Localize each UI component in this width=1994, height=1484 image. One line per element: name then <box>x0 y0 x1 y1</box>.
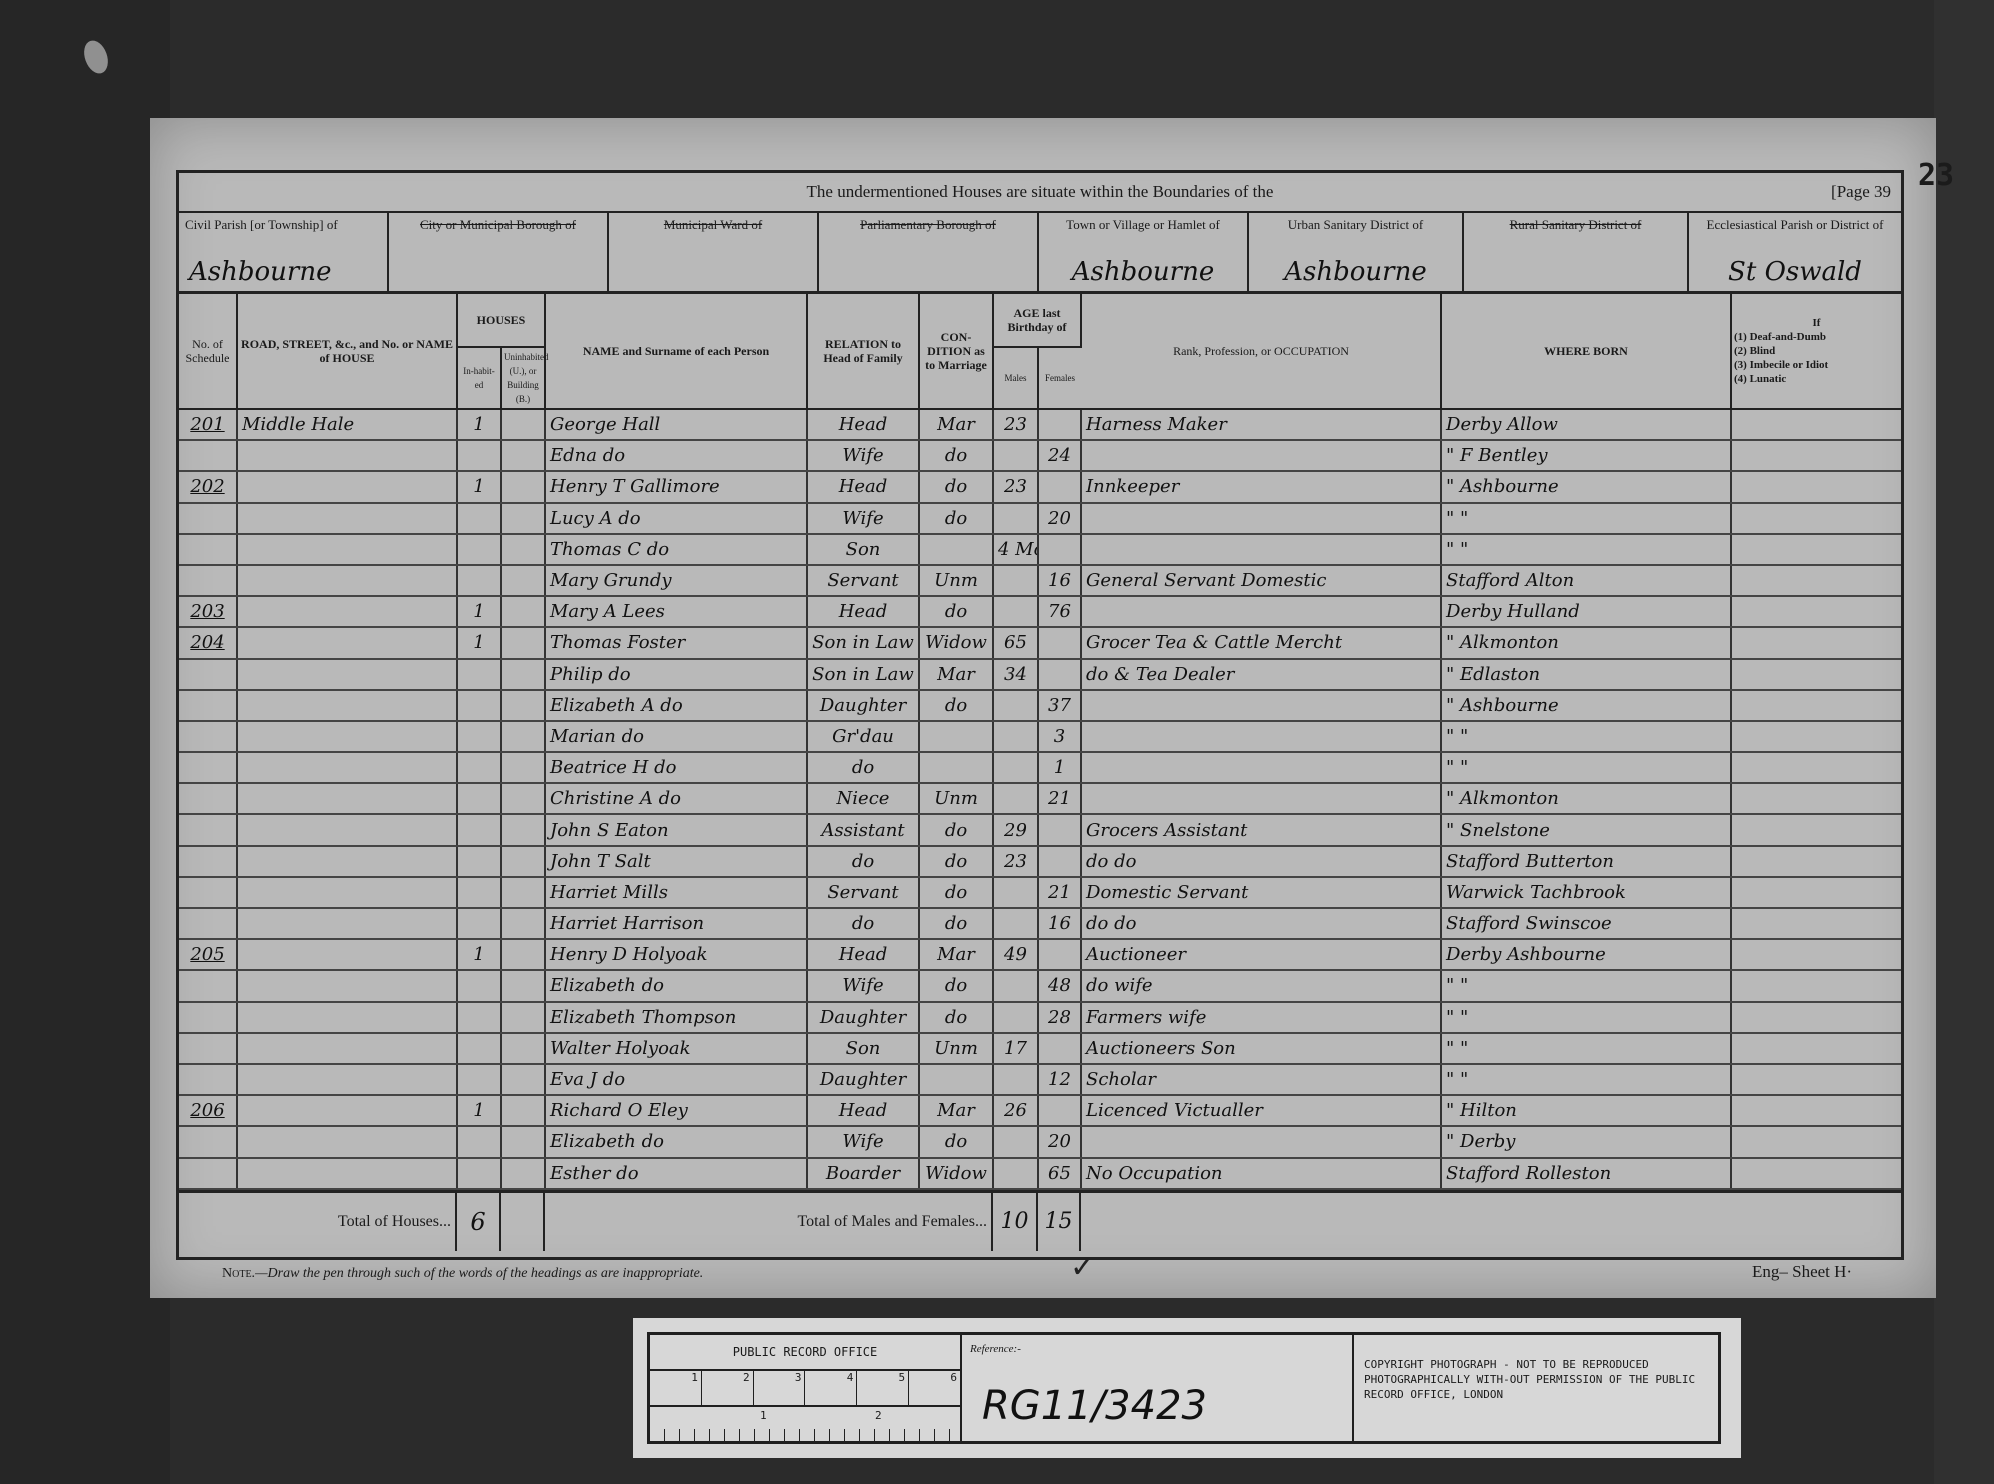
census-row: Beatrice H dodo1" " <box>179 752 1901 783</box>
census-row: Marian doGr'dau3" " <box>179 721 1901 752</box>
inch-ruler: 1 2 <box>650 1407 960 1443</box>
census-row: Elizabeth doWifedo48do wife" " <box>179 970 1901 1001</box>
occupation-cell <box>1081 596 1441 627</box>
name-cell: Esther do <box>545 1158 807 1189</box>
condition-cell: Mar <box>919 1095 993 1126</box>
relation-cell: Head <box>807 409 919 440</box>
inhabited-cell <box>457 1064 501 1095</box>
sched-cell: 205 <box>179 939 237 970</box>
col-occupation: Rank, Profession, or OCCUPATION <box>1081 294 1441 409</box>
relation-cell: do <box>807 908 919 939</box>
sched-cell <box>179 846 237 877</box>
col-age: AGE last Birthday of <box>993 294 1081 347</box>
page-tag: [Page 39 <box>1831 173 1891 211</box>
inhabited-cell <box>457 440 501 471</box>
male-age-cell: 4 Mos <box>993 534 1038 565</box>
relation-cell: Servant <box>807 565 919 596</box>
female-age-cell <box>1038 846 1081 877</box>
male-age-cell <box>993 565 1038 596</box>
infirmity-cell <box>1731 1126 1901 1157</box>
condition-cell: Unm <box>919 1033 993 1064</box>
infirmity-cell <box>1731 721 1901 752</box>
infirmity-cell <box>1731 627 1901 658</box>
road-cell <box>237 783 457 814</box>
female-age-cell: 48 <box>1038 970 1081 1001</box>
female-age-cell <box>1038 939 1081 970</box>
sched-cell: 201 <box>179 409 237 440</box>
female-age-cell <box>1038 409 1081 440</box>
name-cell: John T Salt <box>545 846 807 877</box>
road-cell <box>237 1002 457 1033</box>
female-age-cell: 24 <box>1038 440 1081 471</box>
name-cell: George Hall <box>545 409 807 440</box>
name-cell: Mary Grundy <box>545 565 807 596</box>
col-name: NAME and Surname of each Person <box>545 294 807 409</box>
condition-cell: do <box>919 970 993 1001</box>
birthplace-cell: " " <box>1441 1002 1731 1033</box>
road-cell <box>237 877 457 908</box>
total-houses-value: 6 <box>457 1193 501 1251</box>
name-cell: Philip do <box>545 659 807 690</box>
infirmity-cell <box>1731 503 1901 534</box>
uninhabited-cell <box>501 1033 545 1064</box>
occupation-cell: No Occupation <box>1081 1158 1441 1189</box>
female-age-cell <box>1038 814 1081 845</box>
birthplace-cell: Derby Hulland <box>1441 596 1731 627</box>
birthplace-cell: " Edlaston <box>1441 659 1731 690</box>
road-cell <box>237 534 457 565</box>
sheet-identifier: Eng– Sheet H· <box>1752 1262 1852 1282</box>
name-cell: Marian do <box>545 721 807 752</box>
female-age-cell: 28 <box>1038 1002 1081 1033</box>
female-age-cell: 12 <box>1038 1064 1081 1095</box>
census-row: John T Saltdodo23do doStafford Butterton <box>179 846 1901 877</box>
uninhabited-cell <box>501 440 545 471</box>
condition-cell: Mar <box>919 659 993 690</box>
inhabited-cell <box>457 503 501 534</box>
col-females: Females <box>1038 347 1081 409</box>
col-uninhabited: Uninhabited (U.), or Building (B.) <box>501 347 545 409</box>
uninhabited-cell <box>501 877 545 908</box>
birthplace-cell: " Derby <box>1441 1126 1731 1157</box>
uninhabited-cell <box>501 659 545 690</box>
occupation-cell: Grocers Assistant <box>1081 814 1441 845</box>
relation-cell: Head <box>807 596 919 627</box>
reference-box: Reference:- RG11/3423 <box>962 1335 1354 1441</box>
digit-scale: 1 2 3 4 5 6 <box>650 1371 960 1407</box>
uninhabited-cell <box>501 721 545 752</box>
occupation-cell <box>1081 503 1441 534</box>
total-houses-label: Total of Houses... <box>179 1193 457 1251</box>
road-cell <box>237 1033 457 1064</box>
male-age-cell <box>993 721 1038 752</box>
sched-cell <box>179 1002 237 1033</box>
road-cell: Middle Hale <box>237 409 457 440</box>
name-cell: Eva J do <box>545 1064 807 1095</box>
road-cell <box>237 814 457 845</box>
region-municipal-borough: City or Municipal Borough of <box>389 213 609 291</box>
inhabited-cell <box>457 908 501 939</box>
col-schedule: No. of Schedule <box>179 294 237 409</box>
relation-cell: Niece <box>807 783 919 814</box>
region-parliamentary-borough: Parliamentary Borough of <box>819 213 1039 291</box>
infirmity-cell <box>1731 783 1901 814</box>
census-row: Elizabeth A doDaughterdo37" Ashbourne <box>179 690 1901 721</box>
female-age-cell <box>1038 659 1081 690</box>
infirmity-cell <box>1731 1095 1901 1126</box>
male-age-cell <box>993 440 1038 471</box>
name-cell: Elizabeth do <box>545 970 807 1001</box>
relation-cell: Wife <box>807 970 919 1001</box>
infirmity-cell <box>1731 659 1901 690</box>
birthplace-cell: " F Bentley <box>1441 440 1731 471</box>
male-age-cell <box>993 596 1038 627</box>
condition-cell: Widow <box>919 627 993 658</box>
inhabited-cell <box>457 659 501 690</box>
ecclesiastical-value: St Oswald <box>1689 257 1901 287</box>
occupation-cell <box>1081 752 1441 783</box>
name-cell: Henry T Gallimore <box>545 471 807 502</box>
inhabited-cell <box>457 1126 501 1157</box>
uninhabited-cell <box>501 1002 545 1033</box>
uninhabited-cell <box>501 1158 545 1189</box>
occupation-cell <box>1081 534 1441 565</box>
name-cell: Walter Holyoak <box>545 1033 807 1064</box>
female-age-cell <box>1038 1095 1081 1126</box>
male-age-cell <box>993 1126 1038 1157</box>
birthplace-cell: Derby Ashbourne <box>1441 939 1731 970</box>
uninhabited-cell <box>501 814 545 845</box>
condition-cell: do <box>919 1002 993 1033</box>
birthplace-cell: Derby Allow <box>1441 409 1731 440</box>
census-row: Esther doBoarderWidow65No OccupationStaf… <box>179 1158 1901 1189</box>
condition-cell <box>919 1064 993 1095</box>
office-scale: PUBLIC RECORD OFFICE 1 2 3 4 5 6 1 2 <box>650 1335 962 1441</box>
sched-cell <box>179 1126 237 1157</box>
road-cell <box>237 503 457 534</box>
relation-cell: Daughter <box>807 1064 919 1095</box>
infirmity-cell <box>1731 908 1901 939</box>
sched-cell <box>179 908 237 939</box>
relation-cell: Son <box>807 534 919 565</box>
census-row: Philip doSon in LawMar34do & Tea Dealer"… <box>179 659 1901 690</box>
uninhabited-cell <box>501 752 545 783</box>
film-border-left <box>0 0 170 1484</box>
infirmity-cell <box>1731 846 1901 877</box>
infirmity-cell <box>1731 690 1901 721</box>
uninhabited-cell <box>501 908 545 939</box>
male-age-cell <box>993 752 1038 783</box>
birthplace-cell: " Hilton <box>1441 1095 1731 1126</box>
occupation-cell: do & Tea Dealer <box>1081 659 1441 690</box>
infirmity-cell <box>1731 970 1901 1001</box>
birthplace-cell: Warwick Tachbrook <box>1441 877 1731 908</box>
region-civil-parish: Civil Parish [or Township] of Ashbourne <box>179 213 389 291</box>
occupation-cell: do do <box>1081 908 1441 939</box>
birthplace-cell: Stafford Butterton <box>1441 846 1731 877</box>
female-age-cell: 16 <box>1038 565 1081 596</box>
census-row: Harriet Harrisondodo16do doStafford Swin… <box>179 908 1901 939</box>
col-houses: HOUSES <box>457 294 545 347</box>
relation-cell: do <box>807 752 919 783</box>
relation-cell: Wife <box>807 1126 919 1157</box>
road-cell <box>237 939 457 970</box>
relation-cell: Wife <box>807 503 919 534</box>
name-cell: Richard O Eley <box>545 1095 807 1126</box>
inhabited-cell <box>457 1033 501 1064</box>
inhabited-cell <box>457 877 501 908</box>
relation-cell: Head <box>807 939 919 970</box>
uninhabited-cell <box>501 471 545 502</box>
infirmity-cell <box>1731 596 1901 627</box>
relation-cell: Son in Law <box>807 659 919 690</box>
name-cell: Thomas Foster <box>545 627 807 658</box>
name-cell: Elizabeth A do <box>545 690 807 721</box>
birthplace-cell: " Ashbourne <box>1441 471 1731 502</box>
census-row: 2051Henry D HolyoakHeadMar49AuctioneerDe… <box>179 939 1901 970</box>
inhabited-cell <box>457 783 501 814</box>
total-males: 10 <box>993 1193 1038 1251</box>
census-row: 2031Mary A LeesHeaddo76Derby Hulland <box>179 596 1901 627</box>
relation-cell: Daughter <box>807 1002 919 1033</box>
name-cell: Elizabeth Thompson <box>545 1002 807 1033</box>
footnote: Note.—Draw the pen through such of the w… <box>222 1266 703 1282</box>
region-town: Town or Village or Hamlet of Ashbourne <box>1039 213 1249 291</box>
sched-cell: 203 <box>179 596 237 627</box>
urban-sanitary-value: Ashbourne <box>1249 257 1462 287</box>
infirmity-cell <box>1731 877 1901 908</box>
road-cell <box>237 970 457 1001</box>
region-ecclesiastical: Ecclesiastical Parish or District of St … <box>1689 213 1901 291</box>
name-cell: Lucy A do <box>545 503 807 534</box>
road-cell <box>237 565 457 596</box>
census-row: Christine A doNieceUnm21" Alkmonton <box>179 783 1901 814</box>
infirmity-cell <box>1731 939 1901 970</box>
inhabited-cell: 1 <box>457 596 501 627</box>
relation-cell: do <box>807 846 919 877</box>
occupation-cell <box>1081 721 1441 752</box>
occupation-cell: Domestic Servant <box>1081 877 1441 908</box>
condition-cell <box>919 752 993 783</box>
name-cell: Christine A do <box>545 783 807 814</box>
female-age-cell <box>1038 1033 1081 1064</box>
inhabited-cell <box>457 565 501 596</box>
census-row: Edna doWifedo24" F Bentley <box>179 440 1901 471</box>
birthplace-cell: " Snelstone <box>1441 814 1731 845</box>
birthplace-cell: Stafford Rolleston <box>1441 1158 1731 1189</box>
census-row: John S EatonAssistantdo29Grocers Assista… <box>179 814 1901 845</box>
infirmity-cell <box>1731 752 1901 783</box>
condition-cell: Unm <box>919 565 993 596</box>
inhabited-cell: 1 <box>457 409 501 440</box>
col-males: Males <box>993 347 1038 409</box>
male-age-cell <box>993 783 1038 814</box>
occupation-cell: Farmers wife <box>1081 1002 1441 1033</box>
sched-cell <box>179 1033 237 1064</box>
sched-cell <box>179 690 237 721</box>
condition-cell: do <box>919 1126 993 1157</box>
condition-cell: do <box>919 877 993 908</box>
civil-parish-value: Ashbourne <box>179 257 387 287</box>
uninhabited-cell <box>501 534 545 565</box>
condition-cell: Widow <box>919 1158 993 1189</box>
male-age-cell <box>993 690 1038 721</box>
boundary-regions: Civil Parish [or Township] of Ashbourne … <box>179 213 1901 294</box>
condition-cell: do <box>919 503 993 534</box>
reference-value: RG11/3423 <box>982 1383 1207 1429</box>
condition-cell: do <box>919 690 993 721</box>
col-infirmity: If (1) Deaf-and-Dumb (2) Blind (3) Imbec… <box>1731 294 1901 409</box>
occupation-cell <box>1081 1126 1441 1157</box>
uninhabited-cell <box>501 627 545 658</box>
sched-cell <box>179 1158 237 1189</box>
town-value: Ashbourne <box>1039 257 1247 287</box>
inhabited-cell <box>457 752 501 783</box>
region-rural-sanitary: Rural Sanitary District of <box>1464 213 1689 291</box>
male-age-cell <box>993 1064 1038 1095</box>
occupation-cell: do wife <box>1081 970 1441 1001</box>
col-where-born: WHERE BORN <box>1441 294 1731 409</box>
female-age-cell: 37 <box>1038 690 1081 721</box>
col-relation: RELATION to Head of Family <box>807 294 919 409</box>
female-age-cell: 20 <box>1038 1126 1081 1157</box>
female-age-cell <box>1038 627 1081 658</box>
sched-cell <box>179 534 237 565</box>
film-border-right <box>1934 0 1994 1484</box>
female-age-cell: 76 <box>1038 596 1081 627</box>
region-municipal-ward: Municipal Ward of <box>609 213 819 291</box>
totals-row: Total of Houses... 6 Total of Males and … <box>179 1190 1901 1251</box>
check-mark: ✓ <box>1070 1250 1095 1285</box>
condition-cell: Mar <box>919 409 993 440</box>
infirmity-cell <box>1731 1033 1901 1064</box>
inhabited-cell <box>457 846 501 877</box>
infirmity-cell <box>1731 1064 1901 1095</box>
condition-cell: do <box>919 471 993 502</box>
census-row: Harriet MillsServantdo21Domestic Servant… <box>179 877 1901 908</box>
road-cell <box>237 908 457 939</box>
name-cell: John S Eaton <box>545 814 807 845</box>
name-cell: Beatrice H do <box>545 752 807 783</box>
census-row: Mary GrundyServantUnm16General Servant D… <box>179 565 1901 596</box>
census-row: 2061Richard O EleyHeadMar26Licenced Vict… <box>179 1095 1901 1126</box>
census-row: Walter HolyoakSonUnm17Auctioneers Son" " <box>179 1033 1901 1064</box>
male-age-cell: 17 <box>993 1033 1038 1064</box>
total-females: 15 <box>1038 1193 1081 1251</box>
uninhabited-cell <box>501 690 545 721</box>
total-people-label: Total of Males and Females... <box>545 1193 993 1251</box>
uninhabited-cell <box>501 939 545 970</box>
inhabited-cell <box>457 1158 501 1189</box>
sched-cell: 206 <box>179 1095 237 1126</box>
road-cell <box>237 1126 457 1157</box>
infirmity-cell <box>1731 814 1901 845</box>
uninhabited-cell <box>501 1064 545 1095</box>
census-row: 201Middle Hale1George HallHeadMar23Harne… <box>179 409 1901 440</box>
road-cell <box>237 721 457 752</box>
male-age-cell: 49 <box>993 939 1038 970</box>
inhabited-cell: 1 <box>457 939 501 970</box>
name-cell: Harriet Harrison <box>545 908 807 939</box>
female-age-cell: 21 <box>1038 783 1081 814</box>
condition-cell: do <box>919 908 993 939</box>
census-row: Elizabeth ThompsonDaughterdo28Farmers wi… <box>179 1002 1901 1033</box>
sched-cell <box>179 659 237 690</box>
sched-cell <box>179 814 237 845</box>
road-cell <box>237 471 457 502</box>
male-age-cell: 34 <box>993 659 1038 690</box>
road-cell <box>237 690 457 721</box>
male-age-cell: 23 <box>993 409 1038 440</box>
inhabited-cell <box>457 534 501 565</box>
condition-cell: do <box>919 846 993 877</box>
male-age-cell <box>993 503 1038 534</box>
sched-cell <box>179 970 237 1001</box>
name-cell: Harriet Mills <box>545 877 807 908</box>
uninhabited-cell <box>501 565 545 596</box>
name-cell: Thomas C do <box>545 534 807 565</box>
uninhabited-cell <box>501 1126 545 1157</box>
infirmity-cell <box>1731 1158 1901 1189</box>
uninhabited-cell <box>501 970 545 1001</box>
female-age-cell: 20 <box>1038 503 1081 534</box>
male-age-cell <box>993 970 1038 1001</box>
office-name: PUBLIC RECORD OFFICE <box>650 1335 960 1371</box>
region-urban-sanitary: Urban Sanitary District of Ashbourne <box>1249 213 1464 291</box>
female-age-cell: 65 <box>1038 1158 1081 1189</box>
birthplace-cell: " Alkmonton <box>1441 783 1731 814</box>
male-age-cell: 23 <box>993 846 1038 877</box>
sched-cell <box>179 877 237 908</box>
birthplace-cell: " " <box>1441 1033 1731 1064</box>
relation-cell: Servant <box>807 877 919 908</box>
birthplace-cell: " " <box>1441 534 1731 565</box>
record-office-label: PUBLIC RECORD OFFICE 1 2 3 4 5 6 1 2 Ref… <box>633 1318 1741 1458</box>
condition-cell: Mar <box>919 939 993 970</box>
inhabited-cell <box>457 1002 501 1033</box>
uninhabited-cell <box>501 846 545 877</box>
male-age-cell <box>993 908 1038 939</box>
name-cell: Mary A Lees <box>545 596 807 627</box>
uninhabited-cell <box>501 503 545 534</box>
sched-cell <box>179 752 237 783</box>
census-row: 2041Thomas FosterSon in LawWidow65Grocer… <box>179 627 1901 658</box>
occupation-cell: Grocer Tea & Cattle Mercht <box>1081 627 1441 658</box>
relation-cell: Daughter <box>807 690 919 721</box>
road-cell <box>237 440 457 471</box>
sched-cell <box>179 721 237 752</box>
relation-cell: Son in Law <box>807 627 919 658</box>
name-cell: Edna do <box>545 440 807 471</box>
female-age-cell: 21 <box>1038 877 1081 908</box>
sched-cell <box>179 783 237 814</box>
occupation-cell: Licenced Victualler <box>1081 1095 1441 1126</box>
condition-cell <box>919 721 993 752</box>
infirmity-cell <box>1731 440 1901 471</box>
female-age-cell: 16 <box>1038 908 1081 939</box>
birthplace-cell: " " <box>1441 752 1731 783</box>
copyright-notice: COPYRIGHT PHOTOGRAPH - NOT TO BE REPRODU… <box>1354 1335 1718 1441</box>
sched-cell: 202 <box>179 471 237 502</box>
relation-cell: Gr'dau <box>807 721 919 752</box>
road-cell <box>237 659 457 690</box>
occupation-cell <box>1081 440 1441 471</box>
heading-title: The undermentioned Houses are situate wi… <box>807 182 1274 201</box>
inhabited-cell <box>457 814 501 845</box>
uninhabited-cell <box>501 409 545 440</box>
relation-cell: Boarder <box>807 1158 919 1189</box>
uninhabited-cell <box>501 783 545 814</box>
